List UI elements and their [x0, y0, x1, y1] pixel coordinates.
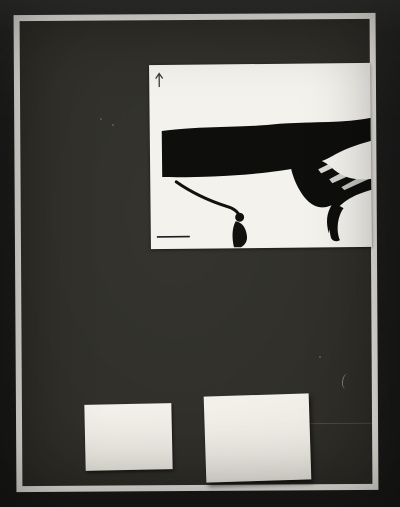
dust-speck	[319, 356, 321, 358]
treeline	[162, 118, 372, 178]
item-number	[204, 399, 309, 402]
caption-label	[204, 393, 312, 482]
up-arrow-mark	[156, 74, 163, 88]
dust-speck	[112, 124, 114, 126]
collection-id-code	[93, 414, 163, 415]
caption-line	[216, 397, 309, 405]
caption-line	[207, 396, 308, 406]
photograph	[149, 63, 372, 249]
scanned-archival-mount	[0, 0, 400, 507]
collection-name	[101, 414, 155, 415]
creek	[176, 181, 247, 248]
dust-speck	[100, 118, 102, 120]
handwritten-category	[85, 412, 172, 418]
collection-label	[84, 403, 172, 471]
photo-landscape-art	[149, 63, 372, 249]
scale-bar	[157, 236, 190, 238]
caption-line	[221, 398, 309, 404]
caption-line	[213, 398, 309, 404]
